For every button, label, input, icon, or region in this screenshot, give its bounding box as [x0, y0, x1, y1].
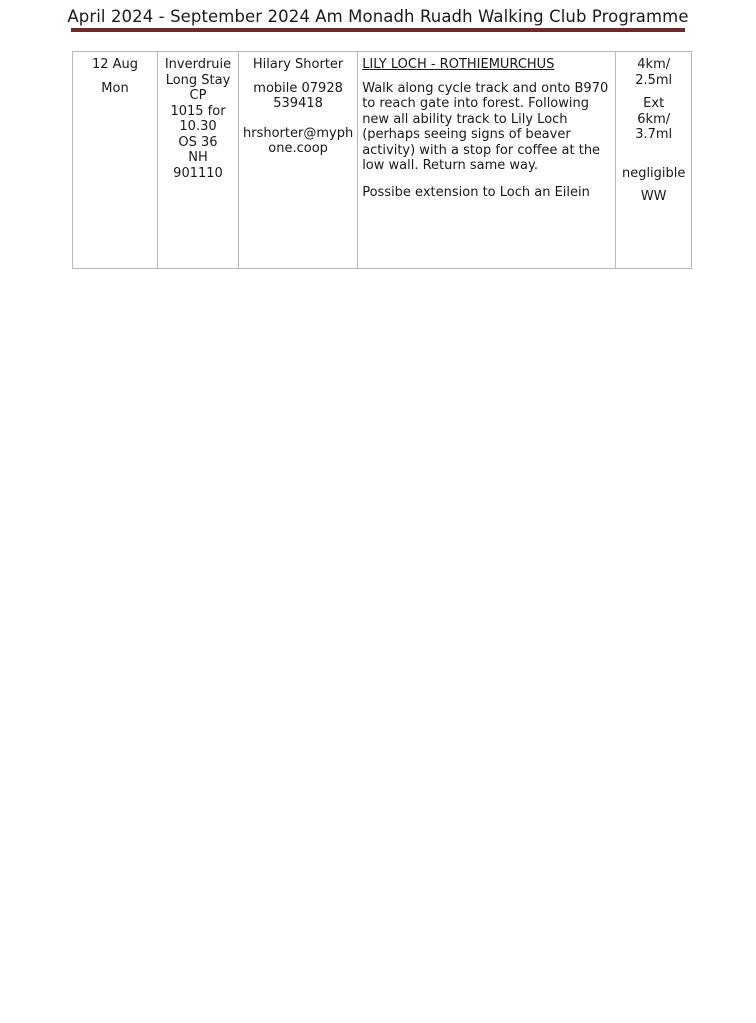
grade: WW: [620, 189, 687, 205]
walk-date: 12 Aug: [77, 57, 153, 73]
leader-mobile: mobile 07928: [243, 81, 353, 97]
grid-reference: NH 901110: [162, 150, 234, 181]
meeting-line: OS 36: [162, 135, 234, 151]
date-cell: 12 Aug Mon: [73, 52, 158, 269]
page-title: April 2024 - September 2024 Am Monadh Ru…: [0, 7, 756, 26]
distance: 4km/: [620, 57, 687, 73]
extended-distance: 6km/: [620, 112, 687, 128]
leader-name: Hilary Shorter: [243, 57, 353, 73]
distance-miles: 2.5ml: [620, 73, 687, 89]
walk-title: LILY LOCH - ROTHIEMURCHUS: [362, 57, 611, 73]
meeting-point-cell: Inverdruie Long Stay CP 1015 for 10.30 O…: [158, 52, 239, 269]
description-line: activity) with a stop for coffee at the: [362, 143, 611, 159]
distance-cell: 4km/ 2.5ml Ext 6km/ 3.7ml negligible WW: [616, 52, 692, 269]
walk-day: Mon: [77, 81, 153, 97]
extended-label: Ext: [620, 96, 687, 112]
header-divider: [71, 28, 685, 32]
table-row: 12 Aug Mon Inverdruie Long Stay CP 1015 …: [73, 52, 692, 269]
programme-table: 12 Aug Mon Inverdruie Long Stay CP 1015 …: [72, 51, 692, 269]
description-cell: LILY LOCH - ROTHIEMURCHUS Walk along cyc…: [358, 52, 616, 269]
ascent: negligible: [620, 166, 687, 182]
leader-email[interactable]: hrshorter@myph: [243, 126, 353, 142]
description-line: to reach gate into forest. Following: [362, 96, 611, 112]
description-line: (perhaps seeing signs of beaver: [362, 127, 611, 143]
extended-distance-miles: 3.7ml: [620, 127, 687, 143]
walk-extension: Possibe extension to Loch an Eilein: [362, 185, 611, 201]
description-line: low wall. Return same way.: [362, 158, 611, 174]
description-line: new all ability track to Lily Loch: [362, 112, 611, 128]
walk-description: Walk along cycle track and onto B970 to …: [362, 81, 611, 174]
description-line: Walk along cycle track and onto B970: [362, 81, 611, 97]
leader-cell: Hilary Shorter mobile 07928 539418 hrsho…: [239, 52, 358, 269]
leader-mobile-number: 539418: [243, 96, 353, 112]
leader-email-cont[interactable]: one.coop: [243, 141, 353, 157]
meeting-line: Long Stay: [162, 73, 234, 89]
meeting-line: 1015 for: [162, 104, 234, 120]
meeting-line: 10.30: [162, 119, 234, 135]
meeting-line: Inverdruie: [162, 57, 234, 73]
meeting-line: CP: [162, 88, 234, 104]
